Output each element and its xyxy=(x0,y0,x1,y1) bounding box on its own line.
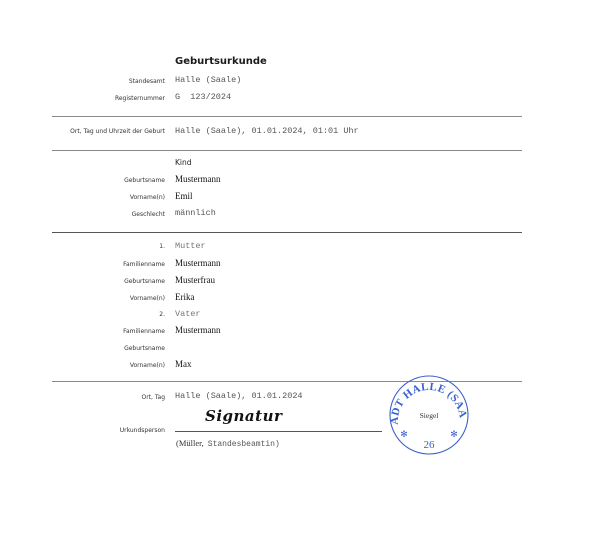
child-geburtsname-value: Mustermann xyxy=(175,174,221,184)
official-caption: (Müller, Standesbeamtin) xyxy=(176,433,280,451)
standesamt-value: Halle (Saale) xyxy=(175,75,241,85)
seal-center-text: Siegel xyxy=(420,411,439,420)
child-geschlecht-label: Geschlecht xyxy=(132,211,165,218)
parent2-role: Vater xyxy=(175,309,201,319)
seal-star-icon: ✻ xyxy=(450,429,458,439)
seal-star-icon: ✻ xyxy=(400,429,408,439)
parent1-geburtsname-label: Geburtsname xyxy=(124,278,165,285)
divider xyxy=(52,150,522,151)
parent1-number: 1. xyxy=(159,243,165,250)
parent2-vornamen-label: Vorname(n) xyxy=(130,362,165,369)
child-heading: Kind xyxy=(175,158,192,167)
seal-number: 26 xyxy=(424,439,436,451)
parent1-vornamen-label: Vorname(n) xyxy=(130,295,165,302)
parent1-role: Mutter xyxy=(175,241,206,251)
document-title: Geburtsurkunde xyxy=(175,56,267,67)
registernummer-label: Registernummer xyxy=(115,95,165,102)
parent2-familienname-label: Familienname xyxy=(123,328,165,335)
parent1-familienname-label: Familienname xyxy=(123,261,165,268)
registernummer-value: G 123/2024 xyxy=(175,92,231,102)
parent1-vornamen-value: Erika xyxy=(175,292,195,302)
child-geburtsname-label: Geburtsname xyxy=(124,177,165,184)
parent2-vornamen-value: Max xyxy=(175,359,192,369)
child-vornamen-value: Emil xyxy=(175,191,193,201)
parent2-geburtsname-label: Geburtsname xyxy=(124,345,165,352)
birth-place-time-label: Ort, Tag und Uhrzeit der Geburt xyxy=(70,128,165,135)
official-seal: STADT HALLE (SAALE) Siegel ✻ ✻ 26 xyxy=(388,374,470,456)
ort-tag-label: Ort, Tag xyxy=(141,394,165,401)
child-geschlecht-value: männlich xyxy=(175,208,216,218)
ort-tag-value: Halle (Saale), 01.01.2024 xyxy=(175,391,303,401)
official-name: Müller, xyxy=(179,438,204,448)
standesamt-label: Standesamt xyxy=(129,78,165,85)
divider xyxy=(52,232,522,233)
urkundsperson-label: Urkundsperson xyxy=(120,427,165,434)
signature: Signatur xyxy=(205,407,282,425)
parent2-familienname-value: Mustermann xyxy=(175,325,221,335)
divider xyxy=(52,116,522,117)
birth-place-time-value: Halle (Saale), 01.01.2024, 01:01 Uhr xyxy=(175,126,359,136)
signature-line xyxy=(175,431,382,432)
official-title: Standesbeamtin) xyxy=(208,440,280,449)
parent2-number: 2. xyxy=(159,311,165,318)
child-vornamen-label: Vorname(n) xyxy=(130,194,165,201)
parent1-geburtsname-value: Musterfrau xyxy=(175,275,215,285)
parent1-familienname-value: Mustermann xyxy=(175,258,221,268)
